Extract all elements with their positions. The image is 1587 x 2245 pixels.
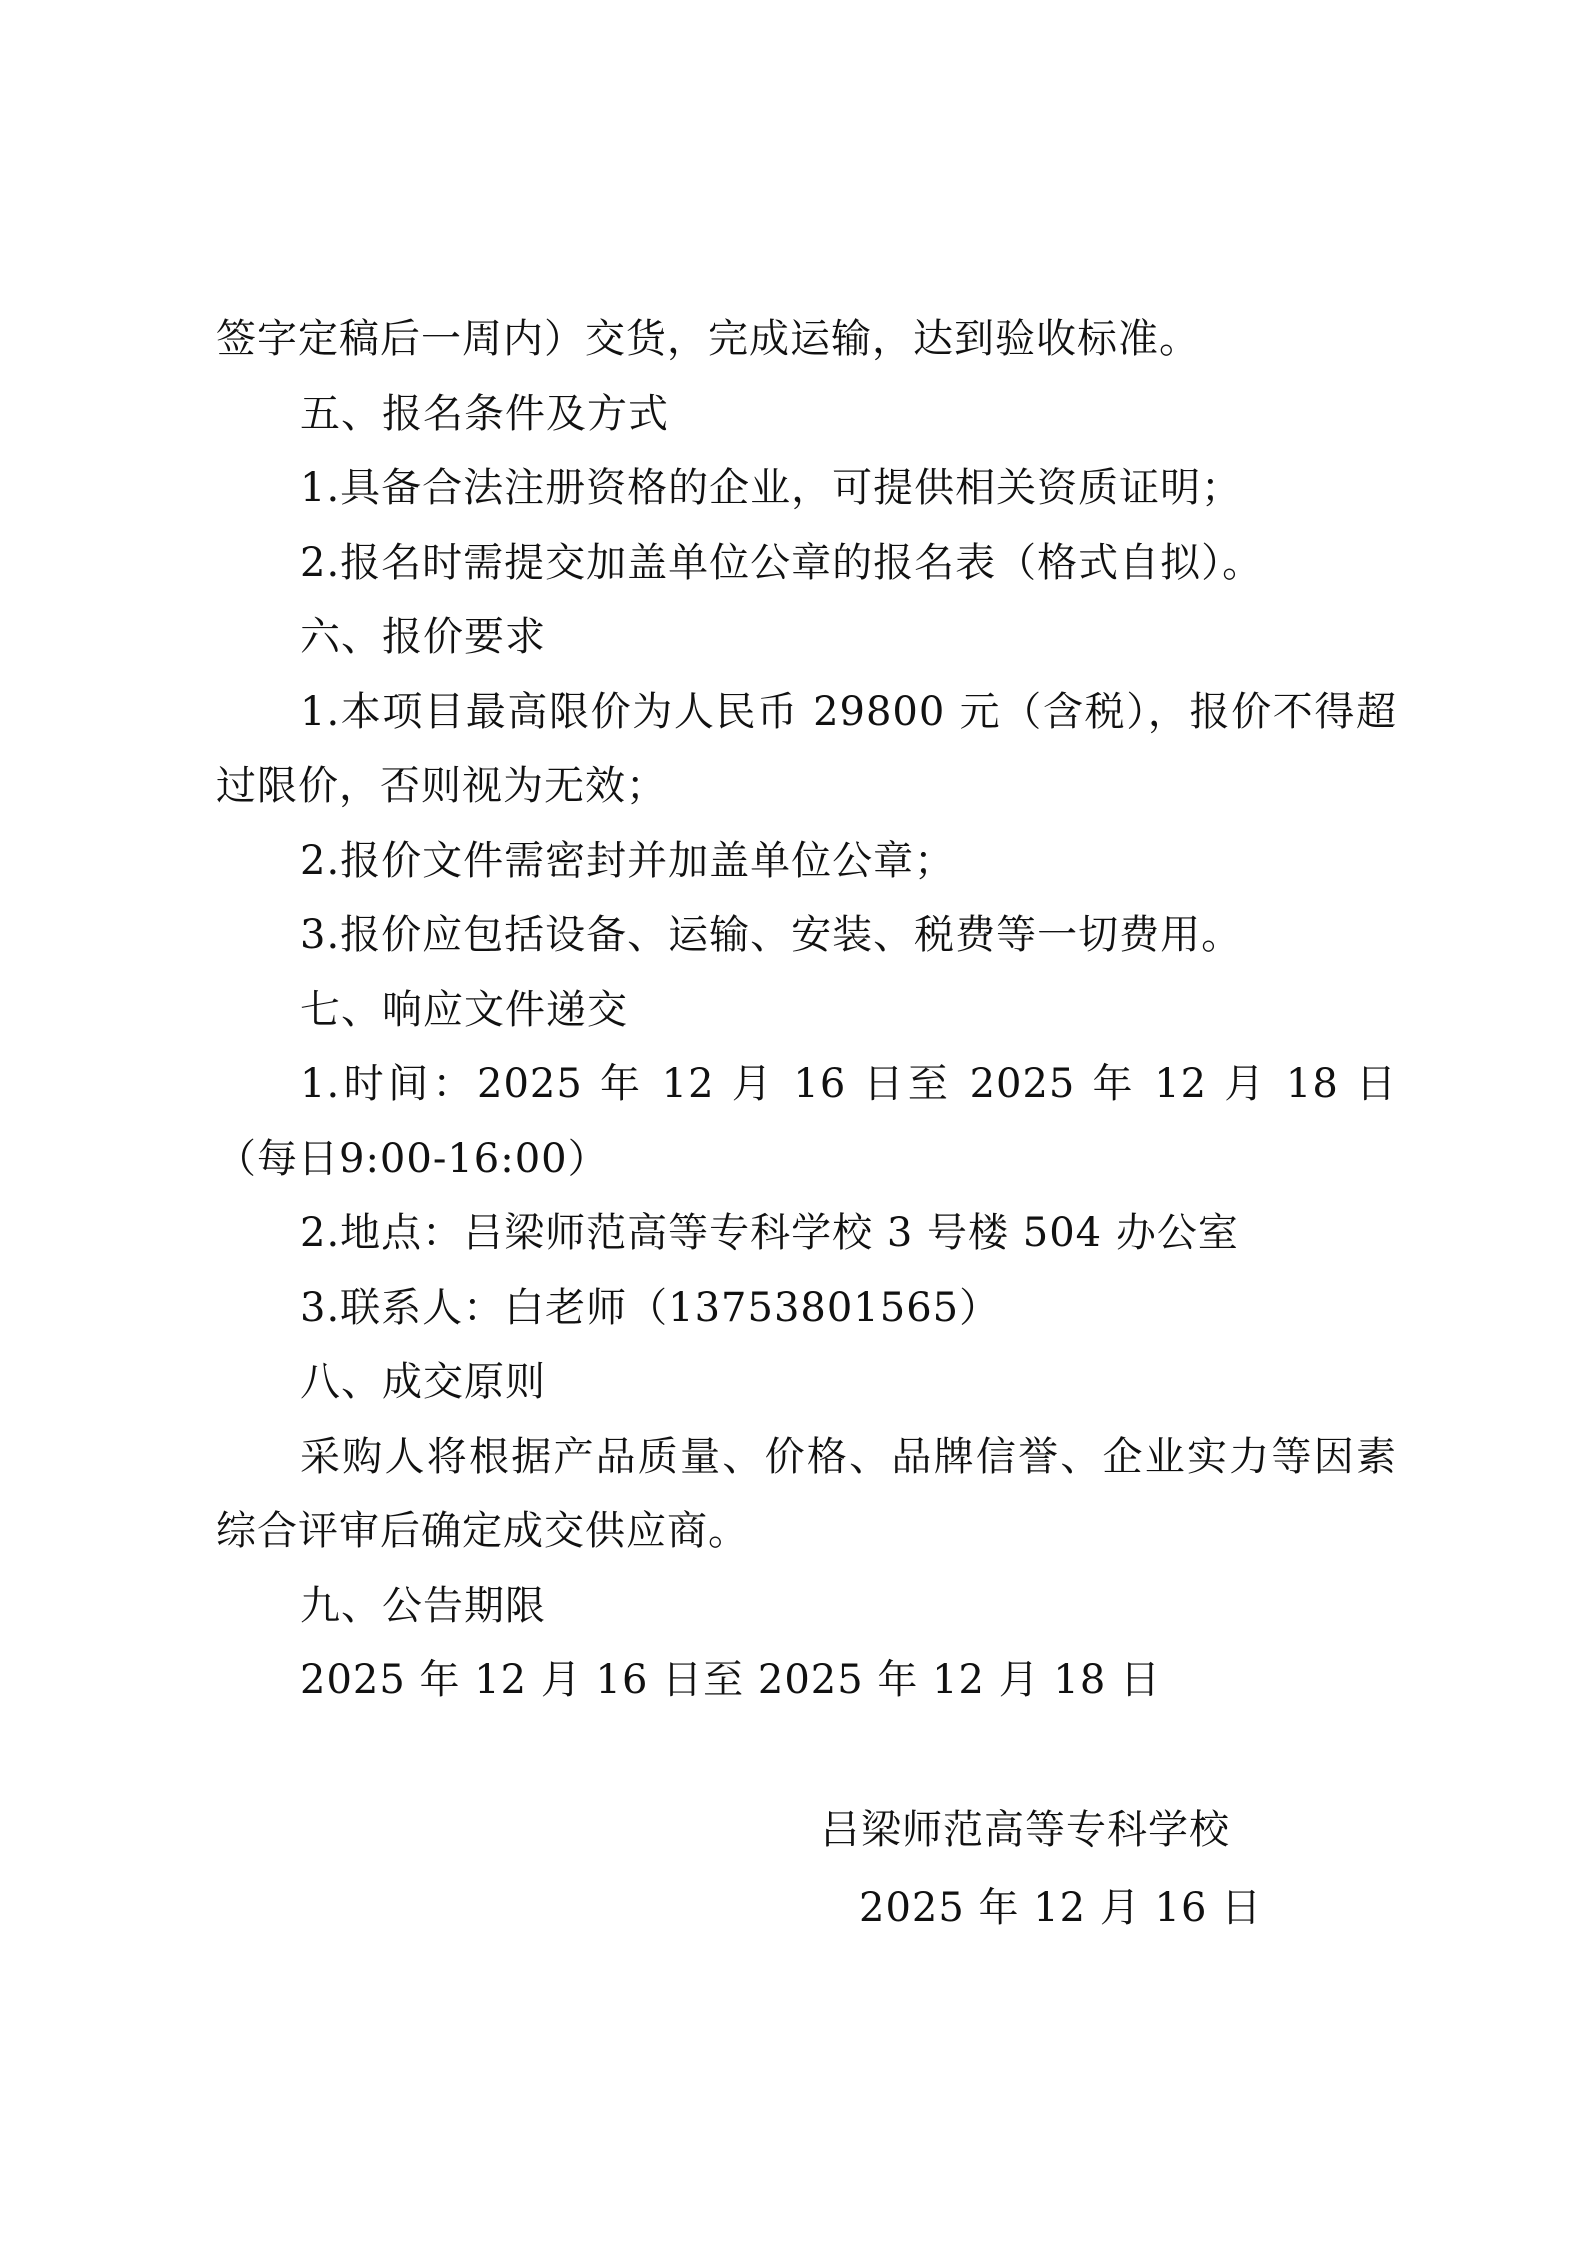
document-body: 签字定稿后一周内）交货，完成运输，达到验收标准。 五、报名条件及方式 1.具备合… (216, 302, 1397, 1718)
heading-notice-period: 九、公告期限 (216, 1569, 1397, 1644)
submission-contact: 3.联系人：白老师（13753801565） (216, 1271, 1397, 1346)
registration-item-1: 1.具备合法注册资格的企业，可提供相关资质证明； (216, 451, 1397, 526)
award-principle-text: 采购人将根据产品质量、价格、品牌信誉、企业实力等因素综合评审后确定成交供应商。 (216, 1420, 1397, 1569)
submission-location: 2.地点：吕梁师范高等专科学校 3 号楼 504 办公室 (216, 1196, 1397, 1271)
heading-quotation: 六、报价要求 (216, 600, 1397, 675)
signature-organization: 吕梁师范高等专科学校 (820, 1793, 1230, 1868)
heading-submission: 七、响应文件递交 (216, 973, 1397, 1048)
submission-time: 1.时间：2025 年 12 月 16 日至 2025 年 12 月 18 日（… (216, 1047, 1397, 1196)
heading-award-principle: 八、成交原则 (216, 1345, 1397, 1420)
signature-date: 2025 年 12 月 16 日 (859, 1871, 1262, 1946)
quotation-item-3: 3.报价应包括设备、运输、安装、税费等一切费用。 (216, 898, 1397, 973)
registration-item-2: 2.报名时需提交加盖单位公章的报名表（格式自拟）。 (216, 526, 1397, 601)
quotation-item-1: 1.本项目最高限价为人民币 29800 元（含税），报价不得超过限价，否则视为无… (216, 675, 1397, 824)
notice-period-text: 2025 年 12 月 16 日至 2025 年 12 月 18 日 (216, 1643, 1397, 1718)
paragraph-delivery-end: 签字定稿后一周内）交货，完成运输，达到验收标准。 (216, 302, 1397, 377)
heading-registration: 五、报名条件及方式 (216, 377, 1397, 452)
quotation-item-2: 2.报价文件需密封并加盖单位公章； (216, 824, 1397, 899)
